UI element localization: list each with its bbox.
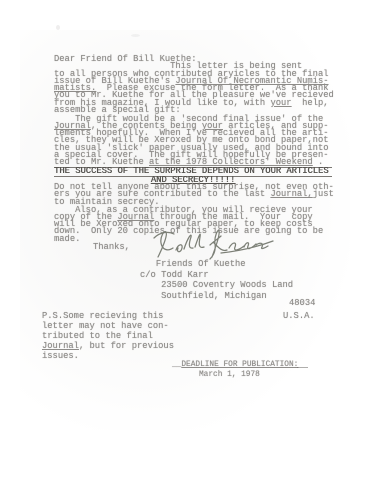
country: U.S.A. [283, 313, 315, 320]
letter-line: issues. [42, 351, 174, 361]
gift-paragraph: The gift would be a 'second final issue'… [54, 116, 334, 207]
salutation-paragraph: Dear Friend Of Bill Kuethe: This letter … [54, 56, 334, 114]
closing-thanks: Thanks, [93, 244, 130, 251]
letter-line: tributed to the final [42, 331, 174, 341]
letter-line: c/o Todd Karr [140, 270, 293, 281]
paper-speck [131, 34, 140, 37]
letter-line: Southfield, Michigan [140, 291, 293, 302]
deadline-heading: __DEADLINE FOR PUBLICATION: [172, 362, 298, 369]
ps-note: P.S.Some recieving thisletter may not ha… [42, 311, 174, 361]
stray-mark [297, 367, 308, 368]
deadline-date: March 1, 1978 [199, 372, 260, 379]
letter-line: Friends Of Kuethe [140, 259, 293, 270]
letter-line: P.S.Some recieving this [42, 311, 174, 321]
sender-address-block: Friends Of Kuethec/o Todd Karr 23500 Cov… [140, 259, 293, 302]
signature-todd-karr [149, 228, 275, 263]
letter-line: 23500 Coventry Woods Land [140, 280, 293, 291]
zip-code: 48034 [289, 300, 315, 307]
letter-line: letter may not have con- [42, 321, 174, 331]
letter-line: Journal, but for previous [42, 341, 174, 351]
letter-page: Dear Friend Of Bill Kuethe: This letter … [0, 0, 371, 500]
letter-line: __DEADLINE FOR PUBLICATION: [172, 362, 298, 369]
paper-speck [56, 25, 60, 30]
